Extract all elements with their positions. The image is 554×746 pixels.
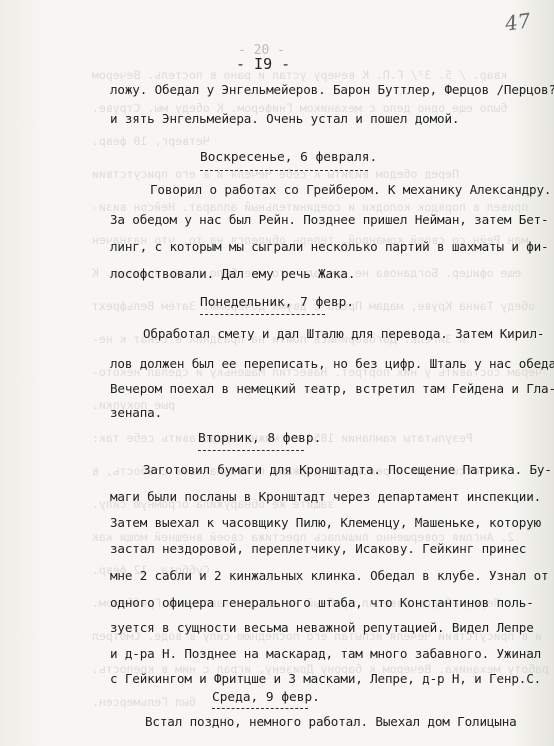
bleed-through-line: Четверг, 10 февр. [92,134,210,148]
entry-heading: Среда, 9 февр. [212,690,320,705]
text-line: застал нездоровой, переплетчику, Исакову… [110,541,526,556]
entry-heading: Воскресенье, 6 февраля. [200,150,377,165]
heading-underline [212,708,308,709]
entry-heading: Понедельник, 7 февр. [200,295,354,310]
text-line: Обработал смету и дал Шталю для перевода… [143,326,544,341]
document-page: квар. / 5. 3²/ Г.П. К вечеру устал и ран… [0,0,554,746]
text-line: зуется в сущности весьма неважной репута… [110,620,534,635]
archive-number: 47 [503,8,532,35]
text-line: мне 2 сабли и 2 кинжальных клинка. Обеда… [110,568,549,583]
text-line: маги были посланы в Кронштадт через депа… [110,489,541,504]
text-line: и зять Энгельмейера. Очень устал и пошел… [110,111,459,126]
text-line: линг, с которым мы сыграли несколько пар… [110,239,549,254]
bleed-through-line: квар. / 5. 3²/ Г.П. К вечеру устал и ран… [92,68,507,82]
text-line: и д-ра Н. Позднее на маскарад, там много… [110,646,541,661]
text-line: зенапа. [110,405,162,420]
text-line: лософствовали. Дал ему речь Жака. [110,266,355,281]
text-line: Вечером поехал в немецкий театр, встрети… [110,381,554,396]
text-line: лов должен был ее переписать, но без циф… [110,356,554,371]
text-line: одного офицера генерального штаба, что К… [110,595,534,610]
text-line: Говорил о работах со Грейбером. К механи… [150,182,551,197]
text-line: ложу. Обедал у Энгельмейеров. Барон Бутт… [110,82,554,97]
text-line: За обедом у нас был Рейн. Позднее пришел… [110,212,549,227]
bleed-through-line: был Гельмерсен. [92,695,196,709]
heading-underline [198,450,304,451]
page-number: - I9 - [236,55,290,73]
heading-underline [200,314,325,315]
entry-heading: Вторник, 8 февр. [198,431,321,446]
text-line: Заготовил бумаги для Кронштадта. Посещен… [143,462,552,477]
heading-underline [200,170,368,171]
text-line: Затем выехал к часовщику Пилю, Клеменцу,… [110,515,541,530]
text-line: с Гейкингом и Фритцше и 3 масками, Лепре… [110,671,541,686]
text-line: Встал поздно, немного работал. Выехал до… [145,714,517,729]
